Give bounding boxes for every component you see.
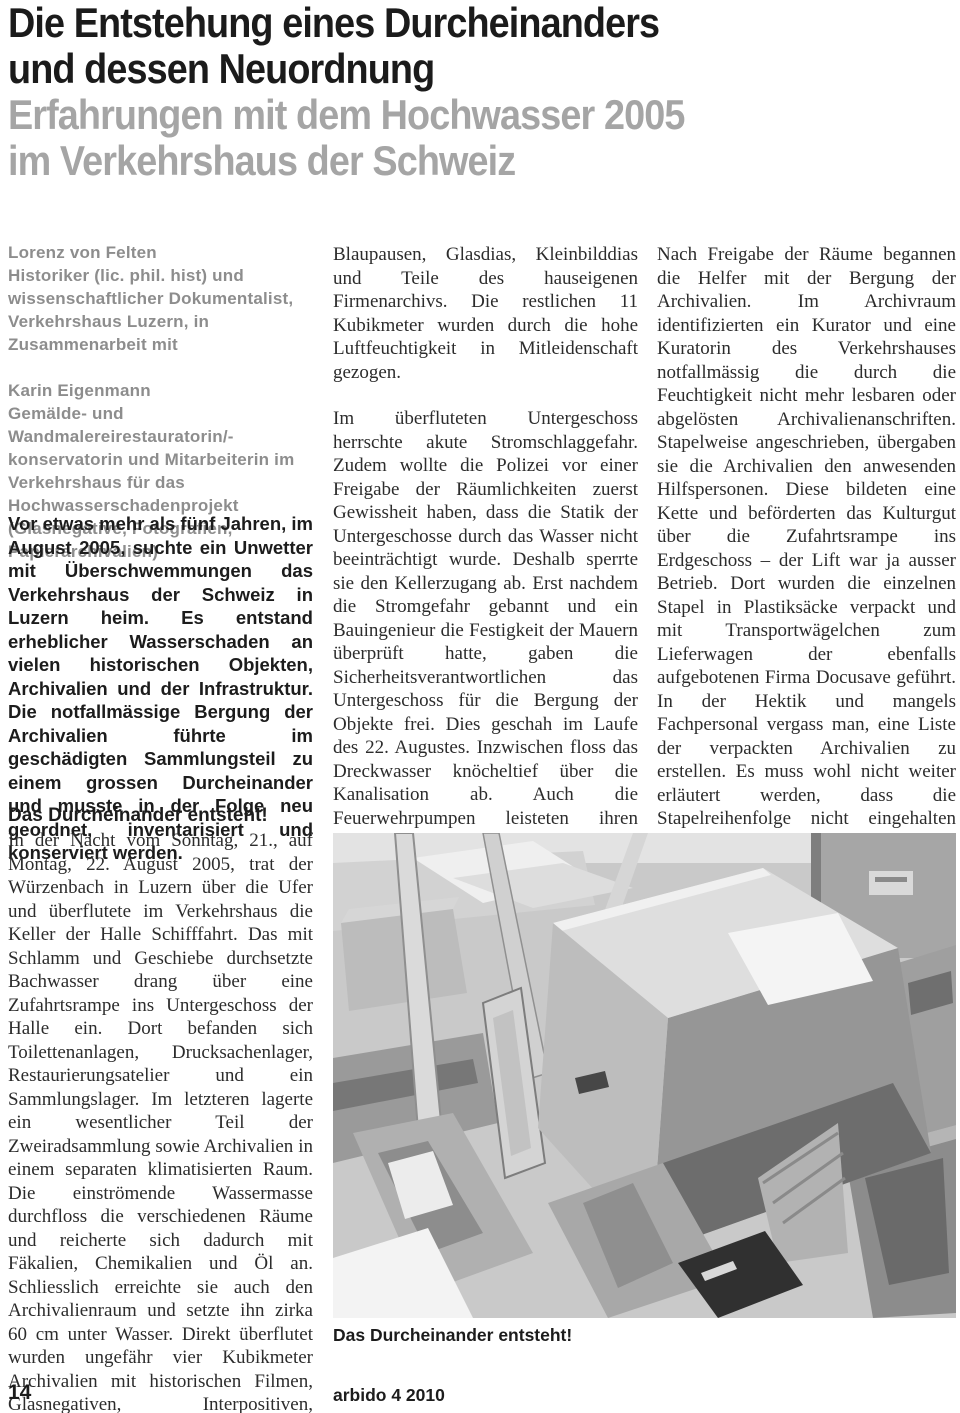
journal-footer: arbido 4 2010 [333,1385,445,1406]
body-column-3-paragraph: Nach Freigabe der Räume begannen die Hel… [657,243,956,878]
figure-caption: Das Durcheinander entsteht! [333,1325,572,1346]
body-column-3: Nach Freigabe der Räume begannen die Hel… [657,243,956,878]
author-2-name: Karin Eigenmann [8,381,151,400]
section-heading: Das Durcheinander entsteht! [8,804,268,828]
article-page: Die Entstehung eines Durcheinanders und … [0,0,960,1413]
author-1: Lorenz von Felten Historiker (lic. phil.… [8,241,316,356]
body-column-2-paragraph-2: Im überfluteten Untergeschoss herrschte … [333,407,638,877]
flood-damage-photo-illustration [333,833,956,1318]
page-number: 14 [8,1381,31,1405]
body-column-1: In der Nacht vom Sonntag, 21., auf Monta… [8,829,313,1413]
article-title-line2: und dessen Neuordnung [8,46,960,92]
author-1-role: Historiker (lic. phil. hist) und wissens… [8,266,293,354]
article-title-line1: Die Entstehung eines Durcheinanders [8,0,960,46]
flood-damage-photo [333,833,956,1318]
body-column-2-paragraph-1: Blaupausen, Glasdias, Kleinbilddias und … [333,243,638,384]
author-1-name: Lorenz von Felten [8,243,157,262]
article-subtitle-line2: im Verkehrshaus der Schweiz [8,138,960,184]
article-subtitle-line1: Erfahrungen mit dem Hochwasser 2005 [8,92,960,138]
body-column-2: Blaupausen, Glasdias, Kleinbilddias und … [333,243,638,877]
article-header: Die Entstehung eines Durcheinanders und … [8,0,960,184]
